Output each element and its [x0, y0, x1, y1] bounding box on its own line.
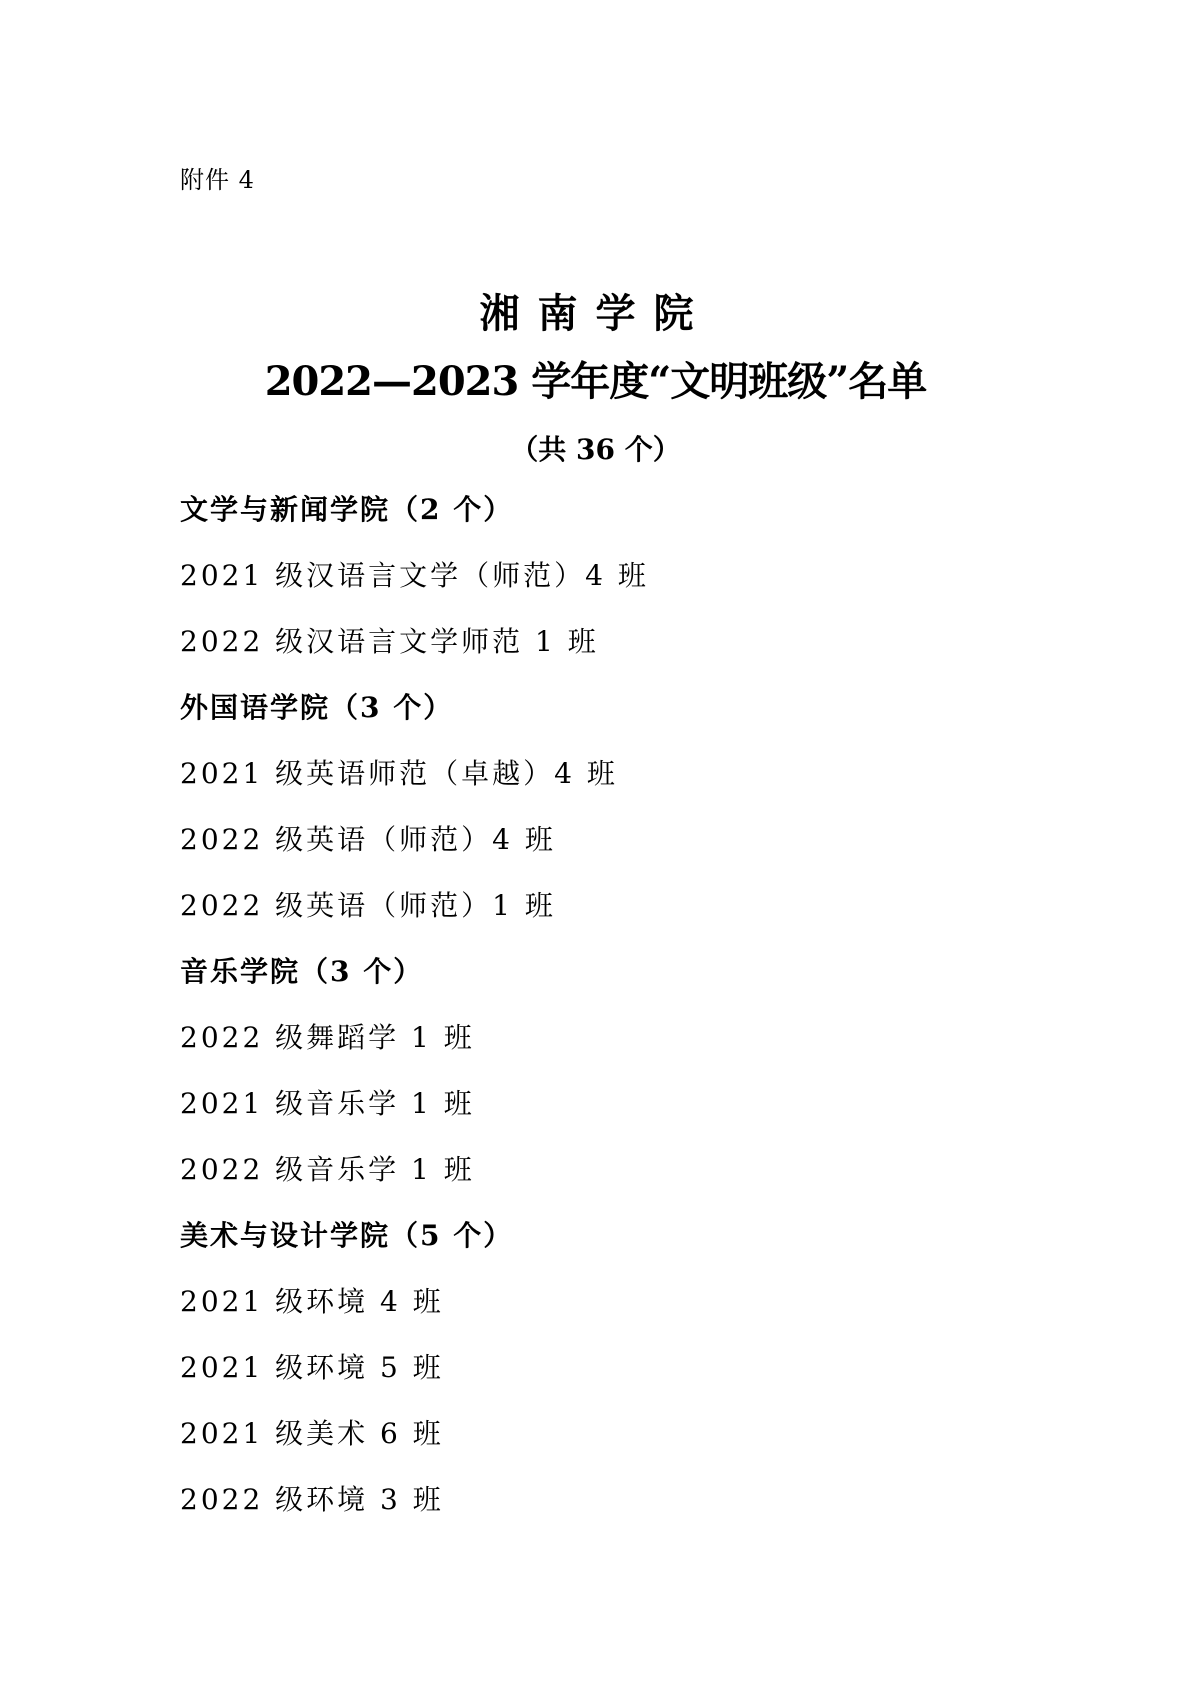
document-page: 附件 4 湘南学院 2022—2023 学年度“文明班级”名单 （共 36 个）… [0, 0, 1191, 1684]
page-title-list: 2022—2023 学年度“文明班级”名单 [0, 350, 1191, 407]
section-heading: 文学与新闻学院（2 个） [180, 488, 649, 554]
total-count: （共 36 个） [0, 428, 1191, 468]
page-title-institution: 湘南学院 [0, 282, 1191, 339]
list-item: 2022 级英语（师范）1 班 [180, 884, 649, 950]
section-heading: 外国语学院（3 个） [180, 686, 649, 752]
list-item: 2021 级英语师范（卓越）4 班 [180, 752, 649, 818]
list-item: 2022 级英语（师范）4 班 [180, 818, 649, 884]
list-item: 2022 级音乐学 1 班 [180, 1148, 649, 1214]
class-list: 文学与新闻学院（2 个） 2021 级汉语言文学（师范）4 班 2022 级汉语… [180, 488, 649, 1544]
list-item: 2022 级舞蹈学 1 班 [180, 1016, 649, 1082]
list-item: 2022 级环境 3 班 [180, 1478, 649, 1544]
list-item: 2021 级环境 5 班 [180, 1346, 649, 1412]
list-item: 2021 级汉语言文学（师范）4 班 [180, 554, 649, 620]
attachment-label: 附件 4 [180, 160, 255, 195]
section-heading: 美术与设计学院（5 个） [180, 1214, 649, 1280]
list-item: 2022 级汉语言文学师范 1 班 [180, 620, 649, 686]
list-item: 2021 级美术 6 班 [180, 1412, 649, 1478]
list-item: 2021 级环境 4 班 [180, 1280, 649, 1346]
list-item: 2021 级音乐学 1 班 [180, 1082, 649, 1148]
section-heading: 音乐学院（3 个） [180, 950, 649, 1016]
